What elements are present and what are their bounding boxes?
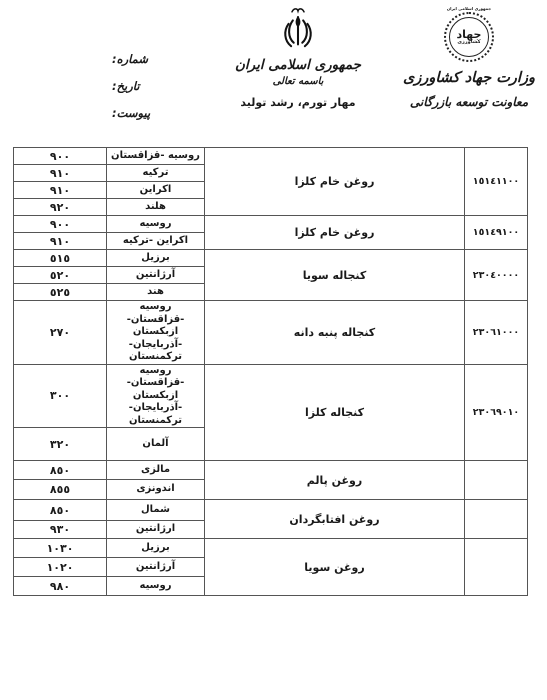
country-cell: روسیه xyxy=(107,577,205,596)
ministry-logo: جمهوری اسلامی ایران جهاد کشاورزی xyxy=(399,6,539,62)
price-cell: ١٠٢٠ xyxy=(14,558,107,577)
price-cell: ٩٨٠ xyxy=(14,577,107,596)
price-cell: ٥١٥ xyxy=(14,250,107,267)
price-cell: ٣٢٠ xyxy=(14,428,107,461)
price-table-body: ١٥١٤١١٠٠روغن خام کلزاروسیه -قزاقستان٩٠٠ت… xyxy=(14,148,528,596)
table-row: روغن پالممالزی٨٥٠ xyxy=(14,461,528,480)
price-cell: ٥٢٥ xyxy=(14,284,107,301)
deputy-title: معاونت توسعه بازرگانی xyxy=(399,95,539,109)
price-cell: ٨٥٥ xyxy=(14,480,107,500)
logo-text-sub: کشاورزی xyxy=(457,40,480,45)
country-cell: ترکیه xyxy=(107,165,205,182)
product-cell: روغن خام کلزا xyxy=(205,216,465,250)
code-cell: ٢٣٠٤٠٠٠٠ xyxy=(465,250,528,301)
product-cell: روغن سویا xyxy=(205,539,465,596)
code-cell: ١٥١٤٩١٠٠ xyxy=(465,216,528,250)
commodity-price-table: ١٥١٤١١٠٠روغن خام کلزاروسیه -قزاقستان٩٠٠ت… xyxy=(13,147,528,596)
price-cell: ٩١٠ xyxy=(14,182,107,199)
number-label: شماره: xyxy=(112,52,192,66)
price-cell: ٩١٠ xyxy=(14,165,107,182)
country-cell: اندونزی xyxy=(107,480,205,500)
code-cell: ١٥١٤١١٠٠ xyxy=(465,148,528,216)
year-slogan: مهار تورم، رشد تولید xyxy=(203,96,393,109)
country-cell: برزیل xyxy=(107,250,205,267)
attachment-label: پیوست: xyxy=(112,106,192,120)
price-cell: ٨٥٠ xyxy=(14,500,107,521)
table-row: ٢٣٠٦٩٠١٠کنجاله کلزاروسیه -قزاقستان- ازبک… xyxy=(14,364,528,428)
country-cell: روسیه -قزاقستان- ازبکستان -آذربایجان- تر… xyxy=(107,364,205,428)
country-cell: اکراین xyxy=(107,182,205,199)
product-cell: کنجاله کلزا xyxy=(205,364,465,461)
ministry-title: وزارت جهاد کشاورزی xyxy=(399,70,539,86)
republic-title: جمهوری اسلامی ایران xyxy=(203,57,393,73)
country-cell: آلمان xyxy=(107,428,205,461)
date-label: تاریخ: xyxy=(112,79,192,93)
table-row: ١٥١٤٩١٠٠روغن خام کلزاروسیه٩٠٠ xyxy=(14,216,528,233)
national-header: جمهوری اسلامی ایران باسمه تعالی مهار تور… xyxy=(203,5,393,109)
price-cell: ٨٥٠ xyxy=(14,461,107,480)
table-row: ٢٣٠٤٠٠٠٠کنجاله سویابرزیل٥١٥ xyxy=(14,250,528,267)
price-cell: ٥٢٠ xyxy=(14,267,107,284)
country-cell: آرژانتین xyxy=(107,267,205,284)
product-cell: کنجاله سویا xyxy=(205,250,465,301)
ministry-header: جمهوری اسلامی ایران جهاد کشاورزی وزارت ج… xyxy=(399,6,539,109)
product-cell: روغن خام کلزا xyxy=(205,148,465,216)
country-cell: ارژانتین xyxy=(107,521,205,539)
country-cell: شمال xyxy=(107,500,205,521)
country-cell: مالزی xyxy=(107,461,205,480)
price-cell: ٩٠٠ xyxy=(14,148,107,165)
logo-arc-text: جمهوری اسلامی ایران xyxy=(447,6,491,11)
agriculture-jihad-logo-icon: جهاد کشاورزی xyxy=(444,12,494,62)
price-cell: ٩٠٠ xyxy=(14,216,107,233)
basmala-text: باسمه تعالی xyxy=(203,76,393,87)
iran-emblem-icon xyxy=(280,5,316,53)
country-cell: هلند xyxy=(107,199,205,216)
document-page: جمهوری اسلامی ایران جهاد کشاورزی وزارت ج… xyxy=(0,0,547,700)
price-cell: ٩١٠ xyxy=(14,233,107,250)
price-cell: ٢٧٠ xyxy=(14,301,107,365)
product-cell: روغن افتابگردان xyxy=(205,500,465,539)
country-cell: اکراین -ترکیه xyxy=(107,233,205,250)
logo-inner-ring: جهاد کشاورزی xyxy=(449,17,489,57)
country-cell: آرژانتین xyxy=(107,558,205,577)
code-cell: ٢٣٠٦٩٠١٠ xyxy=(465,364,528,461)
country-cell: هند xyxy=(107,284,205,301)
code-cell xyxy=(465,461,528,500)
price-cell: ٩٣٠ xyxy=(14,521,107,539)
code-cell xyxy=(465,500,528,539)
letter-meta-fields: شماره: تاریخ: پیوست: xyxy=(112,52,192,133)
price-cell: ٩٢٠ xyxy=(14,199,107,216)
table-row: ٢٣٠٦١٠٠٠کنجاله پنبه دانهروسیه -قزاقستان-… xyxy=(14,301,528,365)
code-cell: ٢٣٠٦١٠٠٠ xyxy=(465,301,528,365)
country-cell: برزیل xyxy=(107,539,205,558)
table-row: روغن افتابگردانشمال٨٥٠ xyxy=(14,500,528,521)
country-cell: روسیه -قزاقستان- ازبکستان -آذربایجان- تر… xyxy=(107,301,205,365)
table-row: روغن سویابرزیل١٠٣٠ xyxy=(14,539,528,558)
table-row: ١٥١٤١١٠٠روغن خام کلزاروسیه -قزاقستان٩٠٠ xyxy=(14,148,528,165)
price-cell: ٣٠٠ xyxy=(14,364,107,428)
product-cell: روغن پالم xyxy=(205,461,465,500)
product-cell: کنجاله پنبه دانه xyxy=(205,301,465,365)
country-cell: روسیه -قزاقستان xyxy=(107,148,205,165)
price-cell: ١٠٣٠ xyxy=(14,539,107,558)
code-cell xyxy=(465,539,528,596)
country-cell: روسیه xyxy=(107,216,205,233)
